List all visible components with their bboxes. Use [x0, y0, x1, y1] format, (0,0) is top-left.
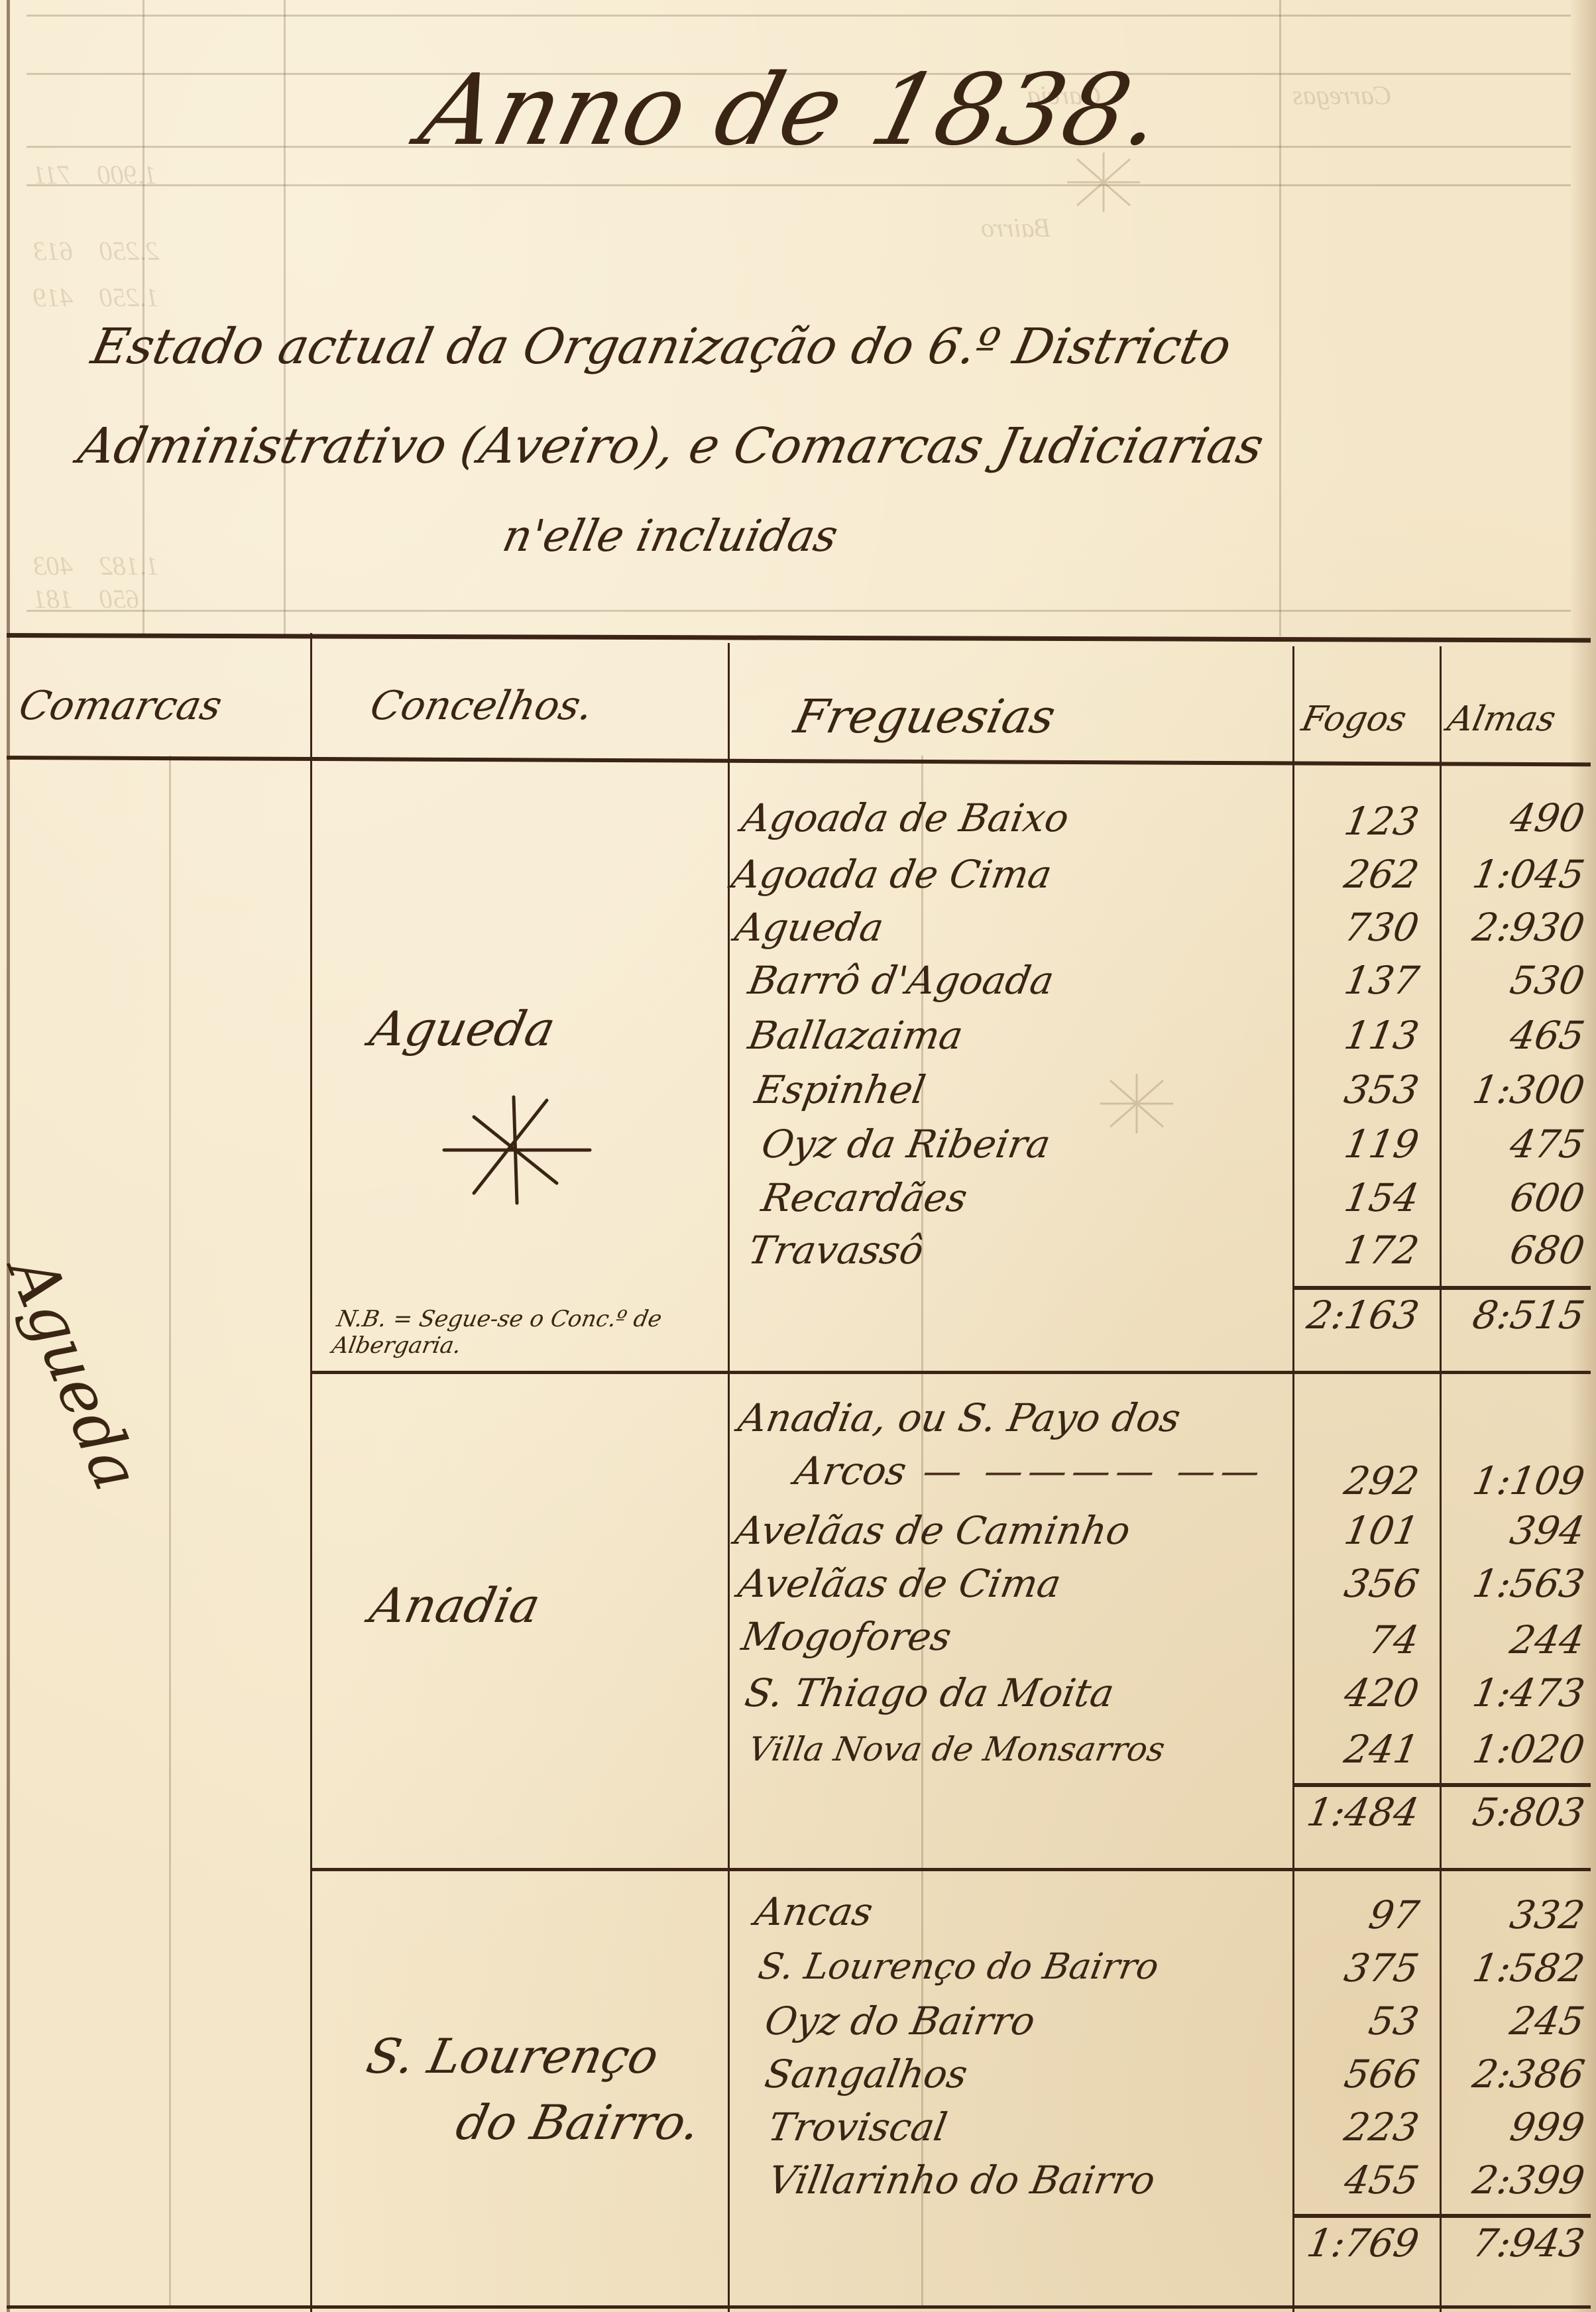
fogos-value: 420: [1302, 1670, 1422, 1715]
almas-value: 244: [1448, 1617, 1588, 1662]
bleed-through-line: [1279, 0, 1281, 636]
almas-value: 465: [1448, 1013, 1588, 1058]
almas-value: 600: [1448, 1175, 1588, 1220]
freguesia-name-continued: Arcos — ———— ——: [791, 1448, 1269, 1493]
total-almas: 8:515: [1448, 1293, 1588, 1338]
header-bottom-rule: [7, 756, 1591, 766]
freguesia-name: Agueda: [732, 905, 887, 950]
bleed-through-star-icon: [1100, 1074, 1173, 1133]
freguesia-name: Oyz da Ribeira: [758, 1122, 1054, 1167]
subtotal-rule: [1292, 2214, 1591, 2218]
almas-value: 332: [1448, 1892, 1588, 1937]
almas-value: 475: [1448, 1122, 1588, 1167]
column-divider-comarcas: [310, 633, 312, 2312]
total-almas: 7:943: [1448, 2221, 1588, 2266]
almas-value: 2:386: [1448, 2052, 1588, 2097]
fogos-value: 375: [1302, 1945, 1422, 1991]
almas-value: 530: [1448, 958, 1588, 1003]
almas-value: 1:045: [1448, 852, 1588, 897]
freguesia-name: Oyz do Bairro: [762, 1998, 1039, 2044]
almas-value: 1:109: [1448, 1458, 1588, 1503]
almas-value: 394: [1448, 1508, 1588, 1553]
fogos-value: 262: [1302, 852, 1422, 897]
header-comarcas: Comarcas: [15, 683, 226, 729]
document-title-line-2: Administrativo (Aveiro), e Comarcas Judi…: [74, 418, 1269, 475]
bleed-through-text: 1.900 711: [33, 159, 157, 190]
fogos-value: 123: [1302, 799, 1422, 844]
freguesia-name: Barrô d'Agoada: [745, 958, 1057, 1003]
freguesia-name: S. Lourenço do Bairro: [755, 1945, 1162, 1987]
concelho-name-s-lourenco-line-2: do Bairro.: [451, 2095, 705, 2150]
freguesia-name: Avelãas de Caminho: [732, 1508, 1134, 1553]
concelho-name-anadia: Anadia: [365, 1578, 545, 1633]
freguesia-name: Troviscal: [765, 2105, 950, 2150]
table-bottom-rule: [7, 2305, 1591, 2309]
fogos-value: 566: [1302, 2052, 1422, 2097]
freguesia-name: S. Thiago da Moita: [742, 1670, 1117, 1715]
fogos-value: 223: [1302, 2105, 1422, 2150]
subtotal-rule: [1292, 1783, 1591, 1787]
total-fogos: 1:484: [1302, 1790, 1422, 1835]
document-title-line-1: Estado actual da Organização do 6.º Dist…: [87, 318, 1236, 375]
freguesia-name: Sangalhos: [762, 2052, 971, 2097]
almas-value: 1:473: [1448, 1670, 1588, 1715]
freguesia-name: Agoada de Cima: [728, 852, 1055, 897]
freguesia-name: Villarinho do Bairro: [765, 2158, 1159, 2203]
almas-value: 245: [1448, 1998, 1588, 2044]
fogos-value: 53: [1302, 1998, 1422, 2044]
bleed-through-line: [27, 184, 1571, 186]
fogos-value: 172: [1302, 1228, 1422, 1273]
concelho-divider-rule: [312, 1868, 1591, 1871]
asterisk-star-icon: [437, 1094, 597, 1206]
bleed-through-text: Carregas: [1292, 80, 1392, 111]
freguesia-name: Ancas: [752, 1889, 876, 1934]
subtotal-rule: [1292, 1286, 1591, 1290]
total-fogos: 2:163: [1302, 1293, 1422, 1338]
header-fogos: Fogos: [1298, 699, 1410, 739]
almas-value: 1:563: [1448, 1561, 1588, 1606]
freguesia-name: Espinhel: [752, 1067, 929, 1112]
table-top-rule: [7, 633, 1591, 643]
freguesia-name: Agoada de Baixo: [738, 795, 1072, 840]
almas-value: 1:020: [1448, 1727, 1588, 1772]
document-title-line-3: n'elle incluidas: [498, 510, 842, 561]
fogos-value: 113: [1302, 1013, 1422, 1058]
fogos-value: 154: [1302, 1175, 1422, 1220]
bleed-through-line: [169, 756, 171, 2307]
total-almas: 5:803: [1448, 1790, 1588, 1835]
fogos-value: 119: [1302, 1122, 1422, 1167]
bleed-through-text: 1.182 403: [33, 550, 159, 581]
document-year-title: Anno de 1838.: [410, 53, 1176, 167]
header-concelhos: Concelhos.: [367, 683, 597, 729]
freguesia-name: Recardães: [758, 1175, 971, 1220]
freguesia-name: Ballazaima: [745, 1013, 966, 1058]
fogos-value: 353: [1302, 1067, 1422, 1112]
concelho-divider-rule: [312, 1371, 1591, 1374]
bleed-through-line: [27, 15, 1571, 17]
freguesia-name: Travassô: [745, 1228, 927, 1273]
almas-value: 680: [1448, 1228, 1588, 1273]
header-almas: Almas: [1444, 699, 1560, 739]
almas-value: 490: [1448, 795, 1588, 840]
bleed-through-text: 650 181: [33, 583, 139, 614]
fogos-value: 730: [1302, 905, 1422, 950]
fogos-value: 74: [1302, 1617, 1422, 1662]
concelho-name-agueda: Agueda: [365, 1001, 560, 1057]
fogos-value: 241: [1302, 1727, 1422, 1772]
freguesia-name: Mogofores: [738, 1614, 955, 1659]
bleed-through-text: 1.250 419: [33, 282, 159, 313]
fogos-value: 137: [1302, 958, 1422, 1003]
almas-value: 2:399: [1448, 2158, 1588, 2203]
nb-note: N.B. = Segue-se o Conc.º de Albergaria.: [330, 1306, 737, 1359]
total-fogos: 1:769: [1302, 2221, 1422, 2266]
column-divider-fogos: [1440, 646, 1442, 2312]
header-freguesias: Freguesias: [789, 689, 1060, 744]
freguesia-name: Villa Nova de Monsarros: [746, 1730, 1168, 1768]
fogos-value: 101: [1302, 1508, 1422, 1553]
almas-value: 1:582: [1448, 1945, 1588, 1991]
fogos-value: 356: [1302, 1561, 1422, 1606]
page-edge: [7, 0, 10, 2312]
fogos-value: 455: [1302, 2158, 1422, 2203]
comarca-name: Agueda: [0, 1246, 154, 1500]
almas-value: 999: [1448, 2105, 1588, 2150]
almas-value: 2:930: [1448, 905, 1588, 950]
bleed-through-line: [27, 610, 1571, 612]
almas-value: 1:300: [1448, 1067, 1588, 1112]
fogos-value: 292: [1302, 1458, 1422, 1503]
bleed-through-text: Bairro: [981, 212, 1051, 243]
bleed-through-text: 2.250 613: [33, 235, 159, 266]
fogos-value: 97: [1302, 1892, 1422, 1937]
freguesia-name: Avelãas de Cima: [735, 1561, 1064, 1606]
column-divider-freguesias: [1292, 646, 1294, 2312]
freguesia-name: Anadia, ou S. Payo dos: [735, 1395, 1184, 1440]
concelho-name-s-lourenco-line-1: S. Lourenço: [362, 2028, 663, 2084]
